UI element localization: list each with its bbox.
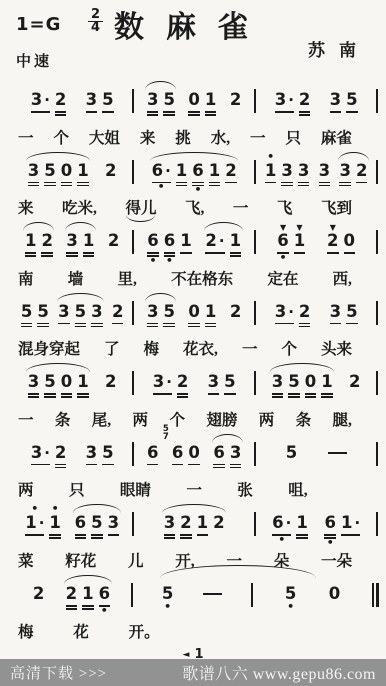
note: 3 [58,294,69,334]
underline-beam [61,396,72,398]
note-digit: 6 [277,232,288,250]
time-signature: 2 4 [88,9,103,34]
barline [132,230,134,254]
note: 1 [321,364,332,407]
lyrics-row: 一个大姐来挑水,一只麻雀 [10,125,380,148]
note: 2 [349,364,360,400]
barline [376,512,378,536]
note-group: 3501 [269,364,335,407]
underline-beam [77,182,88,184]
underline-beam [37,326,48,328]
measure: ▼6•▼1▼20 [258,223,374,263]
lyric-syllable: 两 [259,408,275,430]
note-digit: 5 [286,444,297,462]
underline-beam [83,252,94,254]
note: 3 [208,364,219,404]
note-digit: 2· [205,232,224,250]
note: 5 [44,153,55,196]
note-digit: 6 [75,514,86,532]
note: 1 [205,82,216,125]
note-group [201,576,225,612]
augmentation-dot: · [286,514,292,532]
underline-beam [147,323,158,325]
note [203,576,222,612]
note: 2 [108,223,119,259]
note: 1 [230,223,241,266]
note-digit: 2 [230,91,241,109]
note-group: 3·2 [150,364,191,407]
measure: 3212 [136,505,252,548]
note-group: 35 [327,294,360,334]
note-digit: 2 [105,373,116,391]
underline-beam [83,255,94,257]
note-digit: 3 [230,444,241,462]
underline-beam [346,323,357,325]
underline-beam [205,323,216,325]
underline-beam [31,111,50,113]
underline-beam [21,323,32,325]
underline-beam [28,393,39,395]
underline-beam [86,464,97,466]
underline-beam [296,534,307,536]
note: 3 [281,153,292,196]
note: 2 [230,294,241,330]
lyrics-row: 南墙里,不在格东定在西, [10,266,380,289]
key-signature: 1=G [16,14,61,35]
note-digit: 1 [82,585,93,603]
note-group: 2 [227,294,243,330]
low-octave-dot: • [287,604,294,612]
note: 0 [344,223,355,263]
note-digit: 2 [33,585,44,603]
lyric-syllable: 不在格东 [171,267,233,289]
note-digit: 1 [197,514,208,532]
note-digit: 3· [275,303,294,321]
note: 3 [164,505,175,548]
note-group: 3·2 [28,82,69,125]
underline-beam [281,185,292,187]
site-link[interactable]: 歌谱八六 www.gepu86.com [182,661,376,684]
note: 2 [299,82,310,125]
underline-beam [28,185,39,187]
note: 2 [112,294,123,334]
note: 0 [188,294,199,337]
underline-beam [176,182,187,184]
note-digit: 6 [213,444,224,462]
lyric-syllable: 飞 [277,196,293,218]
underline-beam [299,114,310,116]
note: •1 [265,153,276,193]
low-octave-dot: • [194,187,201,195]
lyric-syllable: 个 [53,126,69,148]
underline-beam [305,396,316,398]
lyric-syllable: 一 [186,478,202,500]
underline-beam [44,182,55,184]
underline-beam [346,111,357,113]
underline-beam [188,114,199,116]
note-digit: 0 [61,373,72,391]
underline-beam [197,534,208,536]
note-digit [203,585,222,603]
lyric-syllable: 只 [69,478,85,500]
note: 1 [296,505,307,548]
underline-beam [91,537,102,539]
note-digit: 3 [28,162,39,180]
barline [254,371,256,395]
underline-beam [299,111,310,113]
note-group: ▼20 [325,223,358,263]
note-group: ▼6•▼1 [275,223,308,263]
note: 2 [230,82,241,118]
duration-dash [328,452,347,455]
lyric-syllable: 两 [18,478,34,500]
underline-beam [230,464,241,466]
underline-beam [177,393,188,395]
note-group: 2 [103,153,119,189]
note-group: 2 [105,223,121,259]
note-digit: 1 [205,303,216,321]
underline-beam [147,114,158,116]
note-digit: 2 [327,232,338,250]
note: 1 [77,364,88,407]
note: 2 [41,223,52,266]
note-digit: 6· [152,162,171,180]
hd-download-link[interactable]: 高清下载 >>> [10,662,107,683]
measure: 2216• [14,576,129,619]
note-group: 55 [18,294,51,337]
underline-beam [356,182,367,184]
lyric-syllable: 花衣, [183,337,218,359]
underline-beam [66,252,77,254]
note-group: 35 [83,82,116,122]
note: 5 [286,435,297,471]
low-octave-dot: • [149,258,156,266]
note-group: 12 [22,223,55,266]
note-digit: 2 [66,585,77,603]
music-row: 123126•6•12·1▼6•▼1▼20 [10,223,380,266]
underline-beam [298,182,309,184]
underline-beam [21,326,32,328]
lyric-syllable: 菜 [18,549,34,571]
note-digit: 6 [192,162,203,180]
sheet-music-page: 1=G 2 4 数麻雀 中速 苏南 3·235350123·235一个大姐来挑水… [0,0,386,686]
barline [132,160,134,184]
underline-beam [319,185,330,187]
underline-beam [82,605,93,607]
note-digit: 3 [281,162,292,180]
note-digit: 1 [25,232,36,250]
note-group: 5• [282,576,298,612]
note: 6 [213,435,224,478]
note: 0 [305,364,316,407]
lyric-syllable: 一 [18,126,34,148]
underline-beam [180,537,191,539]
note-digit: 2 [213,514,224,532]
note-group: 6·•1 [270,505,311,548]
underline-beam [319,182,330,184]
lyric-syllable: 个 [281,337,297,359]
underline-beam [66,608,77,610]
underline-beam [55,467,66,469]
note: 3· [275,82,294,122]
measure: 35012 [14,364,130,407]
note-digit: 5 [44,373,55,391]
note: 1 [180,223,191,263]
augmentation-dot: · [39,514,45,532]
note-digit: 1 [176,162,187,180]
underline-beam [102,111,113,113]
note: 1 [176,153,187,196]
underline-beam [77,185,88,187]
underline-beam [230,252,241,254]
underline-beam [75,323,86,325]
note: 6·• [152,153,171,193]
note: 2 [66,576,77,619]
note-digit: 3· [153,373,172,391]
low-octave-dot: • [101,608,108,616]
note-digit: 1 [209,162,220,180]
measure: 3·235 [14,82,130,125]
measure: 5 [258,435,374,471]
underline-beam [31,464,50,466]
note-group: 2 [103,364,119,400]
lyric-syllable: 籽花 [65,549,96,571]
note-group: 35 [327,82,360,122]
note-digit: 5 [37,303,48,321]
measure: 6·•16•1· [258,505,374,548]
note: 5• [162,576,173,612]
note: •1· [25,505,44,545]
note: 6• [192,153,203,196]
underline-beam [172,464,183,466]
augmentation-dot: · [219,232,225,250]
note-digit: 0 [188,444,199,462]
underline-beam [344,252,355,254]
note-digit: 3 [208,373,219,391]
note: •1 [49,505,60,548]
underline-beam [205,114,216,116]
underline-beam [288,393,299,395]
underline-beam [330,323,341,325]
note-digit [328,444,347,462]
note-digit: 5 [44,162,55,180]
underline-beam [25,252,36,254]
note [328,435,347,471]
lyric-syllable: 吃米, [62,196,97,218]
underline-beam [321,393,332,395]
note: 3 [108,505,119,545]
lyric-syllable: 条 [55,408,71,430]
note: ▼2 [327,223,338,263]
underline-beam [272,396,283,398]
measure: 3·235 [258,294,374,337]
underline-beam [188,323,199,325]
barline [254,230,256,254]
note-group: 0 [326,576,342,612]
note: 2 [213,505,224,541]
barline [132,442,134,466]
lyric-syllable: 飞到 [321,196,352,218]
lyric-syllable: 大姐 [89,126,120,148]
measure: 553532 [14,294,130,337]
note: 3 [298,153,309,196]
note: 3 [28,364,39,407]
note: 2 [180,505,191,548]
note: 2· [205,223,224,263]
note-digit: 2 [112,303,123,321]
underline-beam [102,464,113,466]
note-digit: 1 [77,162,88,180]
note: 1 [77,153,88,196]
note: 3 [86,82,97,122]
music-row: 350123·23535012 [10,364,380,407]
underline-beam [163,326,174,328]
measure: 12312 [14,223,130,266]
barline [132,371,134,395]
score: 3·235350123·235一个大姐来挑水,一只麻雀350126·•16•12… [0,78,386,642]
note-group: •133 [262,153,311,196]
note-group: 6·•16•12 [149,153,239,196]
underline-beam [294,252,305,254]
underline-beam [163,114,174,116]
underline-beam [296,537,307,539]
lyric-syllable: 腿, [333,408,352,430]
underline-beam [147,326,158,328]
note-digit: 1 [180,232,191,250]
barline [376,371,378,395]
lyric-syllable: 个 [169,408,185,430]
note-group: 3212 [161,505,227,548]
underline-beam [180,534,191,536]
note: 2 [225,153,236,193]
lyrics-row: 两只眼睛一张咀, [10,477,336,500]
score-line: 350123·23535012一条尾,两个翅膀两条腿, [10,364,380,430]
measure: 35012 [258,364,374,407]
underline-beam [55,111,66,113]
note: 3 [147,294,158,337]
note: 3 [147,82,158,125]
underline-beam [180,252,191,254]
grace-note: 57 [163,425,169,441]
underline-beam [213,467,224,469]
note-group: 5 [283,435,299,471]
music-row: 2216•5•5•0 [10,576,380,619]
note: 6• [99,576,110,616]
underline-beam [224,393,235,395]
underline-beam [61,185,72,187]
music-row: 3·23565760635 [10,435,380,478]
note-digit: 2 [177,373,188,391]
lyric-syllable: 西, [333,267,352,289]
underline-beam [55,464,66,466]
credit-region: 苏南 [308,36,370,61]
note-digit: 3 [28,373,39,391]
note-digit: 2 [230,303,241,321]
lyric-syllable: 一朵 [321,549,352,571]
note: 5 [346,294,357,334]
measure: •1·•1653 [14,505,130,548]
note-digit: 0 [61,162,72,180]
measure: 6·•16•12 [136,153,252,196]
barline [376,230,378,254]
note-digit: 5 [224,373,235,391]
underline-beam [153,393,172,395]
music-row: 553532350123·235 [10,294,380,337]
note: 3 [330,82,341,122]
score-line: 123126•6•12·1▼6•▼1▼20南墙里,不在格东定在西, [10,223,380,289]
underline-beam [225,182,236,184]
note-group: 353 [56,294,105,337]
note: 1 [209,153,220,196]
note-group: 3·2 [28,435,69,478]
underline-beam [275,111,294,113]
note-digit: 3 [339,162,350,180]
note-group: 2 [227,82,243,118]
low-octave-dot: • [280,255,287,263]
note: 5 [163,82,174,125]
lyric-syllable: 儿 [128,549,144,571]
augmentation-dot: · [354,514,360,532]
note-digit: 2 [356,162,367,180]
note-digit: 0 [188,91,199,109]
score-line: 3·235350123·235一个大姐来挑水,一只麻雀 [10,82,380,148]
note-digit: 3· [31,91,50,109]
note: 2 [299,294,310,337]
underline-beam [77,396,88,398]
note-digit: 6 [99,585,110,603]
underline-beam [230,467,241,469]
underline-beam [327,252,338,254]
barline [132,89,134,113]
low-octave-dot: • [278,537,285,545]
note: 3 [86,435,97,475]
note-digit: 1 [83,232,94,250]
note-digit: 5 [163,303,174,321]
lyric-syllable: 翅膀 [206,408,237,430]
measure: 6•6•12·1 [136,223,252,266]
note-group: 35 [144,294,177,337]
note: 1 [82,576,93,619]
lyric-syllable: 墙 [68,267,84,289]
note-group: 3·2 [272,294,313,337]
note-group: 31 [64,223,97,266]
final-barline [372,583,379,607]
note-group: 6 [144,435,160,475]
note-group: 35 [205,364,238,404]
underline-beam [188,326,199,328]
note: 2 [177,364,188,407]
note-digit: 3 [330,91,341,109]
lyric-syllable: 南 [18,267,34,289]
underline-beam [281,182,292,184]
note: 5• [285,576,296,612]
note: 3 [66,223,77,266]
footer-bar: 高清下载 >>> 歌谱八六 www.gepu86.com [0,659,386,686]
underline-beam [299,323,310,325]
note-digit: 1 [205,91,216,109]
underline-beam [49,537,60,539]
underline-beam [147,464,158,466]
note-digit: 1 [321,373,332,391]
barline [376,301,378,325]
note-digit: 6 [147,444,158,462]
underline-beam [37,323,48,325]
note-digit: 2 [180,514,191,532]
note-digit: 2 [55,91,66,109]
note: 3· [153,364,172,404]
note-group: 32 [337,153,370,196]
underline-beam [75,537,86,539]
